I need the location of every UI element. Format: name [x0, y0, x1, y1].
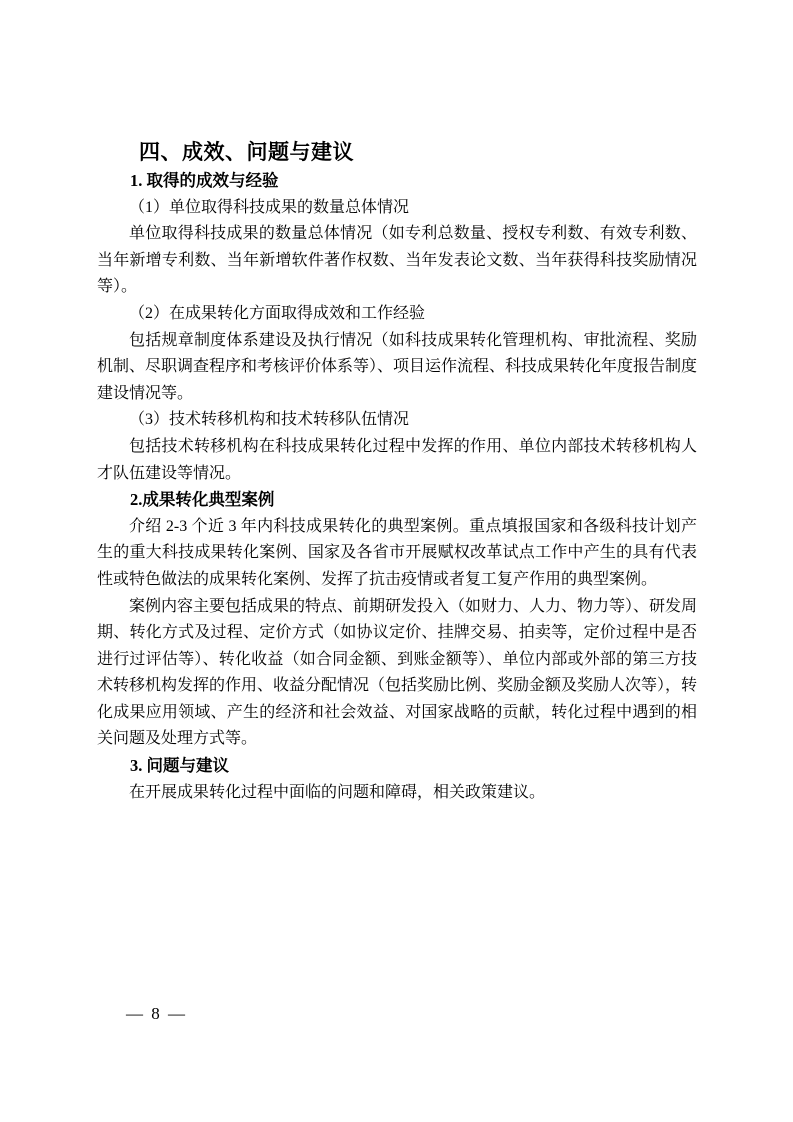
section-1-item-2-body: 包括规章制度体系建设及执行情况（如科技成果转化管理机构、审批流程、奖励机制、尽职… — [97, 328, 697, 408]
section-1-item-3-body: 包括技术转移机构在科技成果转化过程中发挥的作用、单位内部技术转移机构人才队伍建设… — [97, 434, 697, 487]
section-2-paragraph-1: 介绍 2-3 个近 3 年内科技成果转化的典型案例。重点填报国家和各级科技计划产… — [97, 514, 697, 594]
section-1-item-1-title: （1）单位取得科技成果的数量总体情况 — [97, 195, 697, 222]
section-2-title: 2.成果转化典型案例 — [97, 487, 697, 514]
section-1-item-3-title: （3）技术转移机构和技术转移队伍情况 — [97, 407, 697, 434]
section-1-item-1-body: 单位取得科技成果的数量总体情况（如专利总数量、授权专利数、有效专利数、当年新增专… — [97, 221, 697, 301]
section-2-paragraph-2: 案例内容主要包括成果的特点、前期研发投入（如财力、人力、物力等）、研发周期、转化… — [97, 594, 697, 754]
page-number: — 8 — — [126, 1001, 187, 1027]
document-page: 四、成效、问题与建议 1. 取得的成效与经验 （1）单位取得科技成果的数量总体情… — [0, 0, 793, 1122]
section-1-item-2-title: （2）在成果转化方面取得成效和工作经验 — [97, 301, 697, 328]
document-content: 四、成效、问题与建议 1. 取得的成效与经验 （1）单位取得科技成果的数量总体情… — [97, 138, 697, 806]
main-heading: 四、成效、问题与建议 — [97, 138, 697, 168]
section-3-paragraph-1: 在开展成果转化过程中面临的问题和障碍，相关政策建议。 — [97, 780, 697, 807]
section-1-title: 1. 取得的成效与经验 — [97, 168, 697, 195]
section-3-title: 3. 问题与建议 — [97, 753, 697, 780]
